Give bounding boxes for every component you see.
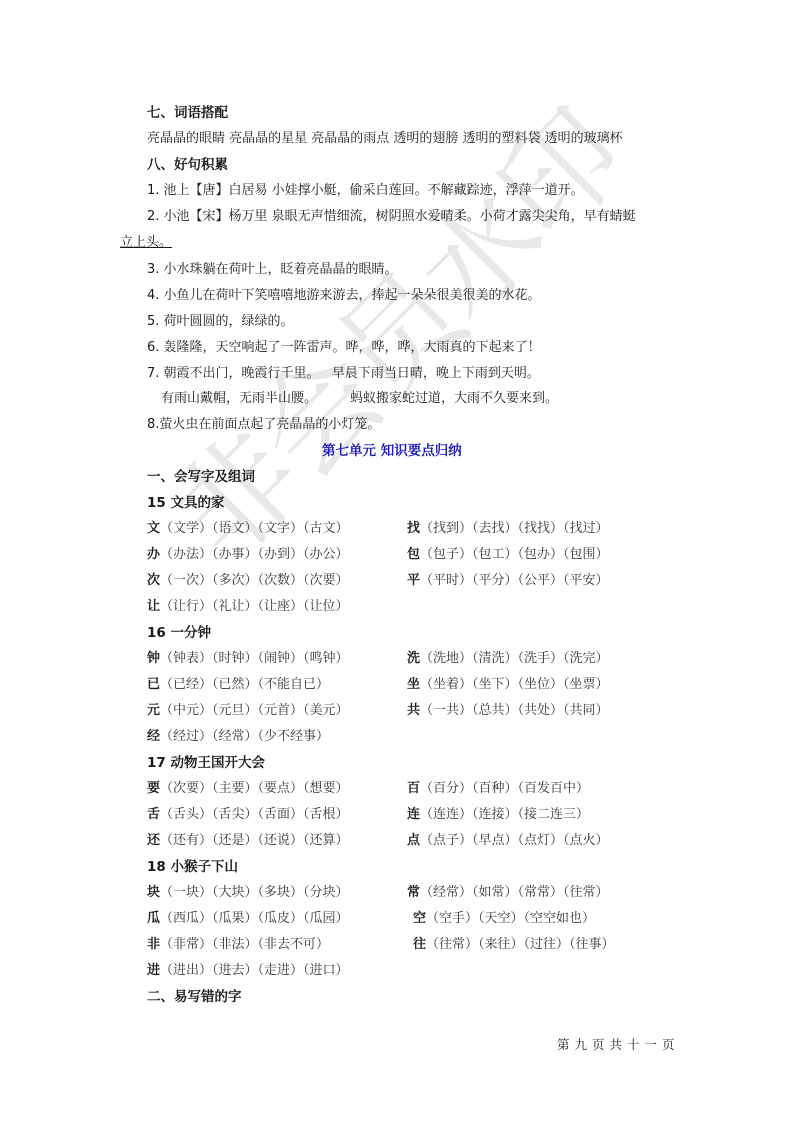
head-character: 舌 xyxy=(147,807,160,822)
head-character: 包 xyxy=(407,547,420,562)
word-group: 非（非常）（非法）（非去不可） xyxy=(147,936,329,954)
head-character: 平 xyxy=(407,573,420,588)
head-character: 空 xyxy=(413,911,426,926)
word-list: （钟表）（时钟）（闹钟）（鸣钟） xyxy=(160,651,349,666)
word-group: 钟（钟表）（时钟）（闹钟）（鸣钟） xyxy=(147,650,349,668)
word-list: （坐着）（坐下）（坐位）（坐票） xyxy=(420,677,609,692)
word-list: （点子）（早点）（点灯）（点火） xyxy=(420,833,609,848)
word-group: 次（一次）（多次）（次数）（次要） xyxy=(147,572,349,590)
head-character: 办 xyxy=(147,547,160,562)
section-heading-word-pairing: 七、词语搭配 xyxy=(147,104,228,122)
document-page: 非会员水印 七、词语搭配 亮晶晶的眼睛 亮晶晶的星星 亮晶晶的雨点 透明的翅膀 … xyxy=(0,0,793,1122)
section-heading-good-sentences: 八、好句积累 xyxy=(147,156,228,174)
head-character: 往 xyxy=(413,937,426,952)
word-group: 块（一块）（大块）（多块）（分块） xyxy=(147,884,349,902)
lesson-title: 17 动物王国开大会 xyxy=(147,754,265,772)
part-heading-writing-characters: 一、会写字及组词 xyxy=(147,468,255,486)
word-list: （已经）（已然）（不能自已） xyxy=(160,677,329,692)
word-list: （中元）（元旦）（元首）（美元） xyxy=(160,703,349,718)
word-group: 经（经过）（经常）（少不经事） xyxy=(147,728,329,746)
head-character: 让 xyxy=(147,599,160,614)
sentence-item: 1. 池上【唐】白居易 小娃撑小艇，偷采白莲回。不解藏踪迹，浮萍一道开。 xyxy=(147,182,584,200)
head-character: 洗 xyxy=(407,651,420,666)
head-character: 连 xyxy=(407,807,420,822)
word-list: （非常）（非法）（非去不可） xyxy=(160,937,329,952)
head-character: 百 xyxy=(407,781,420,796)
word-list: （舌头）（舌尖）（舌面）（舌根） xyxy=(160,807,349,822)
word-group: 元（中元）（元旦）（元首）（美元） xyxy=(147,702,349,720)
word-list: （往常）（来往）（过往）（往事） xyxy=(426,937,615,952)
word-list: （一块）（大块）（多块）（分块） xyxy=(160,885,349,900)
word-group: 往（往常）（来往）（过往）（往事） xyxy=(413,936,615,954)
lesson-title: 16 一分钟 xyxy=(147,624,211,642)
word-group: 已（已经）（已然）（不能自已） xyxy=(147,676,329,694)
head-character: 块 xyxy=(147,885,160,900)
part-heading-easy-mistakes: 二、易写错的字 xyxy=(147,988,242,1006)
head-character: 常 xyxy=(407,885,420,900)
head-character: 共 xyxy=(407,703,420,718)
head-character: 坐 xyxy=(407,677,420,692)
word-group: 空（空手）（天空）（空空如也） xyxy=(413,910,595,928)
word-list: （空手）（天空）（空空如也） xyxy=(426,911,595,926)
sentence-item: 7. 朝霞不出门，晚霞行千里。 早晨下雨当日晴，晚上下雨到天明。 xyxy=(147,365,540,383)
head-character: 要 xyxy=(147,781,160,796)
head-character: 元 xyxy=(147,703,160,718)
word-group: 洗（洗地）（清洗）（洗手）（洗完） xyxy=(407,650,609,668)
head-character: 进 xyxy=(147,963,160,978)
word-list: （一次）（多次）（次数）（次要） xyxy=(160,573,349,588)
unit-title: 第七单元 知识要点归纳 xyxy=(322,442,462,460)
word-list: （连连）（连接）（接二连三） xyxy=(420,807,589,822)
word-list: （洗地）（清洗）（洗手）（洗完） xyxy=(420,651,609,666)
word-list: （办法）（办事）（办到）（办公） xyxy=(160,547,349,562)
head-character: 次 xyxy=(147,573,160,588)
head-character: 钟 xyxy=(147,651,160,666)
word-group: 进（进出）（进去）（走进）（进口） xyxy=(147,962,349,980)
head-character: 文 xyxy=(147,521,160,536)
word-group: 找（找到）（去找）（找找）（找过） xyxy=(407,520,609,538)
sentence-item-continuation: 有雨山戴帽，无雨半山腰。 蚂蚁搬家蛇过道，大雨不久要来到。 xyxy=(161,390,558,408)
head-character: 找 xyxy=(407,521,420,536)
word-group: 点（点子）（早点）（点灯）（点火） xyxy=(407,832,609,850)
word-list: （西瓜）（瓜果）（瓜皮）（瓜园） xyxy=(160,911,349,926)
word-group: 连（连连）（连接）（接二连三） xyxy=(407,806,589,824)
word-list: （包子）（包工）（包办）（包围） xyxy=(420,547,609,562)
word-group: 包（包子）（包工）（包办）（包围） xyxy=(407,546,609,564)
head-character: 还 xyxy=(147,833,160,848)
head-character: 已 xyxy=(147,677,160,692)
word-list: （文学）（语文）（文字）（古文） xyxy=(160,521,349,536)
word-list: （次要）（主要）（要点）（想要） xyxy=(160,781,349,796)
word-group: 要（次要）（主要）（要点）（想要） xyxy=(147,780,349,798)
word-list: （还有）（还是）（还说）（还算） xyxy=(160,833,349,848)
head-character: 非 xyxy=(147,937,160,952)
sentence-item-continuation: 立上头。 xyxy=(120,234,172,252)
word-group: 让（让行）（礼让）（让座）（让位） xyxy=(147,598,349,616)
word-group: 平（平时）（平分）（公平）（平安） xyxy=(407,572,609,590)
word-group: 办（办法）（办事）（办到）（办公） xyxy=(147,546,349,564)
word-group: 常（经常）（如常）（常常）（往常） xyxy=(407,884,609,902)
sentence-item: 2. 小池【宋】杨万里 泉眼无声惜细流，树阴照水爱晴柔。小荷才露尖尖角，早有蜻蜓 xyxy=(147,208,636,226)
word-group: 坐（坐着）（坐下）（坐位）（坐票） xyxy=(407,676,609,694)
word-list: （进出）（进去）（走进）（进口） xyxy=(160,963,349,978)
sentence-item: 3. 小水珠躺在荷叶上，眨着亮晶晶的眼睛。 xyxy=(147,261,398,279)
word-list: （经过）（经常）（少不经事） xyxy=(160,729,329,744)
word-list: （找到）（去找）（找找）（找过） xyxy=(420,521,609,536)
word-group: 舌（舌头）（舌尖）（舌面）（舌根） xyxy=(147,806,349,824)
lesson-title: 15 文具的家 xyxy=(147,494,225,512)
head-character: 经 xyxy=(147,729,160,744)
word-group: 文（文学）（语文）（文字）（古文） xyxy=(147,520,349,538)
head-character: 点 xyxy=(407,833,420,848)
word-group: 瓜（西瓜）（瓜果）（瓜皮）（瓜园） xyxy=(147,910,349,928)
word-group: 共（一共）（总共）（共处）（共同） xyxy=(407,702,609,720)
word-pairing-text: 亮晶晶的眼睛 亮晶晶的星星 亮晶晶的雨点 透明的翅膀 透明的塑料袋 透明的玻璃杯 xyxy=(147,130,623,148)
word-group: 还（还有）（还是）（还说）（还算） xyxy=(147,832,349,850)
sentence-item: 4. 小鱼儿在荷叶下笑嘻嘻地游来游去，捧起一朵朵很美很美的水花。 xyxy=(147,287,541,305)
lesson-title: 18 小猴子下山 xyxy=(147,858,238,876)
word-list: （经常）（如常）（常常）（往常） xyxy=(420,885,609,900)
sentence-item: 6. 轰隆隆，天空响起了一阵雷声。哗，哗，哗，大雨真的下起来了！ xyxy=(147,339,541,357)
word-list: （一共）（总共）（共处）（共同） xyxy=(420,703,609,718)
sentence-item: 8.萤火虫在前面点起了亮晶晶的小灯笼。 xyxy=(147,416,380,434)
head-character: 瓜 xyxy=(147,911,160,926)
sentence-item: 5. 荷叶圆圆的，绿绿的。 xyxy=(147,313,294,331)
word-list: （百分）（百种）（百发百中） xyxy=(420,781,589,796)
word-group: 百（百分）（百种）（百发百中） xyxy=(407,780,589,798)
word-list: （让行）（礼让）（让座）（让位） xyxy=(160,599,349,614)
page-number-footer: 第九页共十一页 xyxy=(557,1035,680,1053)
word-list: （平时）（平分）（公平）（平安） xyxy=(420,573,609,588)
